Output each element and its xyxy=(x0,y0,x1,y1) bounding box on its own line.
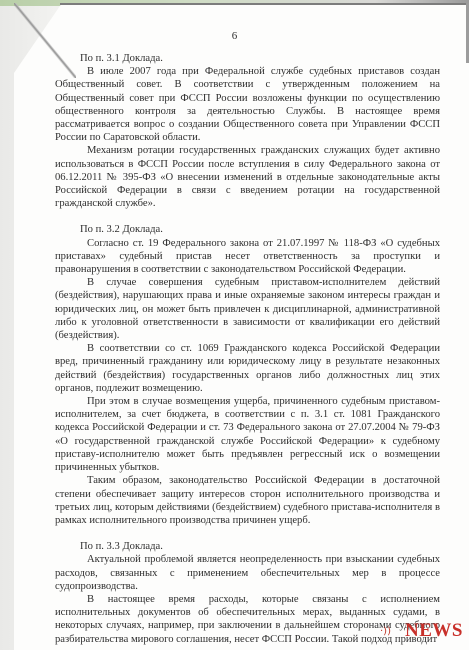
page-number: 6 xyxy=(0,30,469,42)
section-heading: По п. 3.1 Доклада. xyxy=(55,52,440,65)
paragraph: Механизм ротации государственных граждан… xyxy=(55,144,440,210)
section-spacer xyxy=(55,527,440,540)
news-logo-text: NEWS xyxy=(405,620,463,642)
section-heading: По п. 3.3 Доклада. xyxy=(55,540,440,553)
paragraph: Согласно ст. 19 Федерального закона от 2… xyxy=(55,237,440,277)
section-spacer xyxy=(55,210,440,223)
sound-waves-icon: ·)) xyxy=(380,626,391,637)
document-body: По п. 3.1 Доклада. В июле 2007 года при … xyxy=(55,52,440,646)
news-watermark: ·)) NEWS xyxy=(380,620,463,642)
section-heading: По п. 3.2 Доклада. xyxy=(55,223,440,236)
paragraph: Актуальной проблемой является неопределе… xyxy=(55,553,440,593)
page-top-edge xyxy=(60,3,469,5)
paragraph: При этом в случае возмещения ущерба, при… xyxy=(55,395,440,474)
paragraph: В июле 2007 года при Федеральной службе … xyxy=(55,65,440,144)
paragraph: Таким образом, законодательство Российск… xyxy=(55,474,440,527)
paragraph: В соответствии со ст. 1069 Гражданского … xyxy=(55,342,440,395)
paragraph: В случае совершения судебным приставом-и… xyxy=(55,276,440,342)
